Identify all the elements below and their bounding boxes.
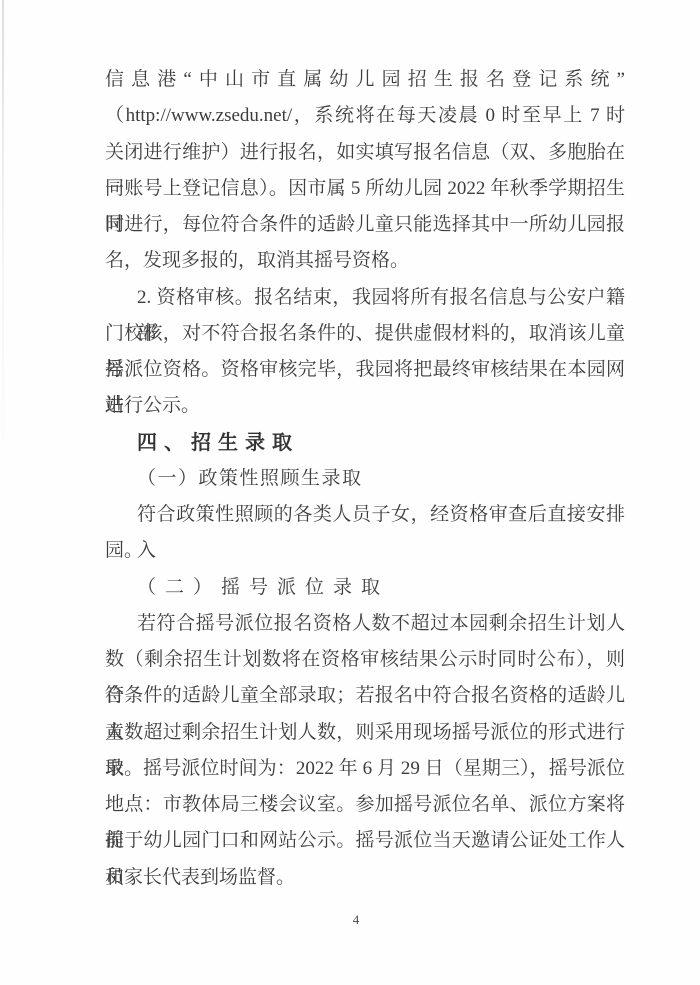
paragraph-line: 园。: [105, 533, 625, 569]
paragraph-line: 一账号上登记信息）。因市属 5 所幼儿园 2022 年秋季学期招生同: [105, 171, 625, 207]
subsection-heading-policy: （一）政策性照顾生录取: [105, 461, 625, 497]
paragraph-line: 时进行，每位符合条件的适龄儿童只能选择其中一所幼儿园报: [105, 207, 625, 243]
paragraph-line: 人数超过剩余招生计划人数，则采用现场摇号派位的形式进行录: [105, 715, 625, 751]
paragraph-line: 门校核，对不符合报名条件的、提供虚假材料的，取消该儿童摇: [105, 316, 625, 352]
paragraph-line: 进行公示。: [105, 388, 625, 424]
scan-edge-artifact: [2, 0, 4, 470]
document-page: 信息港“中山市直属幼儿园招生报名登记系统” （http://www.zsedu.…: [0, 0, 700, 985]
paragraph-line: 号派位资格。资格审核完毕，我园将把最终审核结果在本园网站: [105, 352, 625, 388]
paragraph-line: 前于幼儿园门口和网站公示。摇号派位当天邀请公证处工作人员: [105, 823, 625, 859]
paragraph-line: 取。摇号派位时间为：2022 年 6 月 29 日（星期三），摇号派位: [105, 751, 625, 787]
paragraph-line: 2. 资格审核。报名结束，我园将所有报名信息与公安户籍部: [105, 280, 625, 316]
paragraph-line: 信息港“中山市直属幼儿园招生报名登记系统”: [105, 62, 625, 98]
paragraph-line: 合条件的适龄儿童全部录取；若报名中符合报名资格的适龄儿童: [105, 678, 625, 714]
paragraph-line: 符合政策性照顾的各类人员子女，经资格审查后直接安排入: [105, 497, 625, 533]
paragraph-line: 名，发现多报的，取消其摇号资格。: [105, 243, 625, 279]
paragraph-line: 关闭进行维护）进行报名，如实填写报名信息（双、多胞胎在同: [105, 135, 625, 171]
paragraph-line: 地点：市教体局三楼会议室。参加摇号派位名单、派位方案将提: [105, 787, 625, 823]
paragraph-line: 数（剩余招生计划数将在资格审核结果公示时同时公布），则符: [105, 642, 625, 678]
page-number: 4: [96, 912, 616, 928]
section-heading-enrollment: 四、招生录取: [105, 425, 625, 461]
subsection-heading-lottery: （二）摇号派位录取: [105, 570, 625, 606]
paragraph-line: 若符合摇号派位报名资格人数不超过本园剩余招生计划人: [105, 606, 625, 642]
document-body: 信息港“中山市直属幼儿园招生报名登记系统” （http://www.zsedu.…: [105, 62, 625, 896]
paragraph-line: 和家长代表到场监督。: [105, 860, 625, 896]
paragraph-line: （http://www.zsedu.net/，系统将在每天凌晨 0 时至早上 7…: [105, 98, 625, 134]
